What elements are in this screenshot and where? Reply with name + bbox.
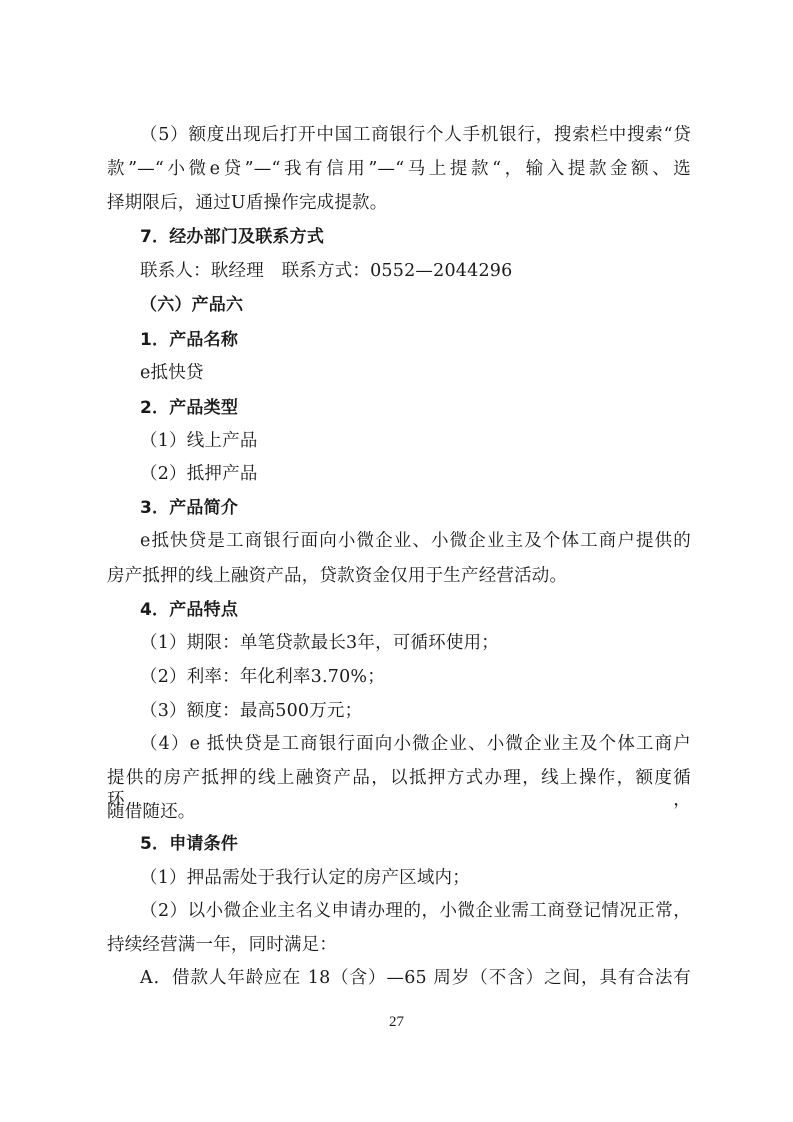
section-heading: 3．产品简介 [140, 497, 691, 519]
paragraph-line: 持续经营满一年，同时满足： [107, 934, 691, 956]
paragraph-line: 房产抵押的线上融资产品，贷款资金仅用于生产经营活动。 [107, 565, 691, 587]
list-item: （2）利率：年化利率3.70%； [140, 666, 691, 688]
document-page: （5）额度出现后打开中国工商银行个人手机银行，搜索栏中搜索“贷 款”—“小微e贷… [0, 0, 793, 1122]
list-item: A．借款人年龄应在 18（含）—65 周岁（不含）之间，具有合法有 [140, 967, 691, 989]
section-heading: 2．产品类型 [140, 397, 691, 419]
list-item: （1）押品需处于我行认定的房产区域内； [140, 867, 691, 889]
section-heading: 5．申请条件 [140, 833, 691, 855]
section-heading: （六）产品六 [140, 294, 691, 316]
paragraph-line: （5）额度出现后打开中国工商银行个人手机银行，搜索栏中搜索“贷 [140, 124, 691, 146]
list-item: （4）e 抵快贷是工商银行面向小微企业、小微企业主及个体工商户 [140, 733, 691, 755]
section-heading: 7．经办部门及联系方式 [140, 226, 691, 248]
paragraph-line: 择期限后，通过U盾操作完成提款。 [107, 192, 691, 214]
list-item: （1）期限：单笔贷款最长3年，可循环使用； [140, 632, 691, 654]
contact-info: 联系人：耿经理 联系方式：0552—2044296 [140, 260, 691, 282]
list-item: （3）额度：最高500万元； [140, 700, 691, 722]
page-number: 27 [0, 1014, 793, 1031]
product-name: e抵快贷 [140, 362, 691, 384]
section-heading: 1．产品名称 [140, 329, 691, 351]
paragraph-line: 随借随还。 [107, 801, 691, 823]
list-item: （2）以小微企业主名义申请办理的，小微企业需工商登记情况正常， [140, 900, 691, 922]
list-item: （2）抵押产品 [140, 463, 691, 485]
list-item: （1）线上产品 [140, 430, 691, 452]
paragraph-line: e抵快贷是工商银行面向小微企业、小微企业主及个体工商户提供的 [140, 530, 691, 552]
paragraph-line: 款”—“小微e贷”—“我有信用”—“马上提款“，输入提款金额、选 [107, 158, 691, 180]
section-heading: 4．产品特点 [140, 599, 691, 621]
